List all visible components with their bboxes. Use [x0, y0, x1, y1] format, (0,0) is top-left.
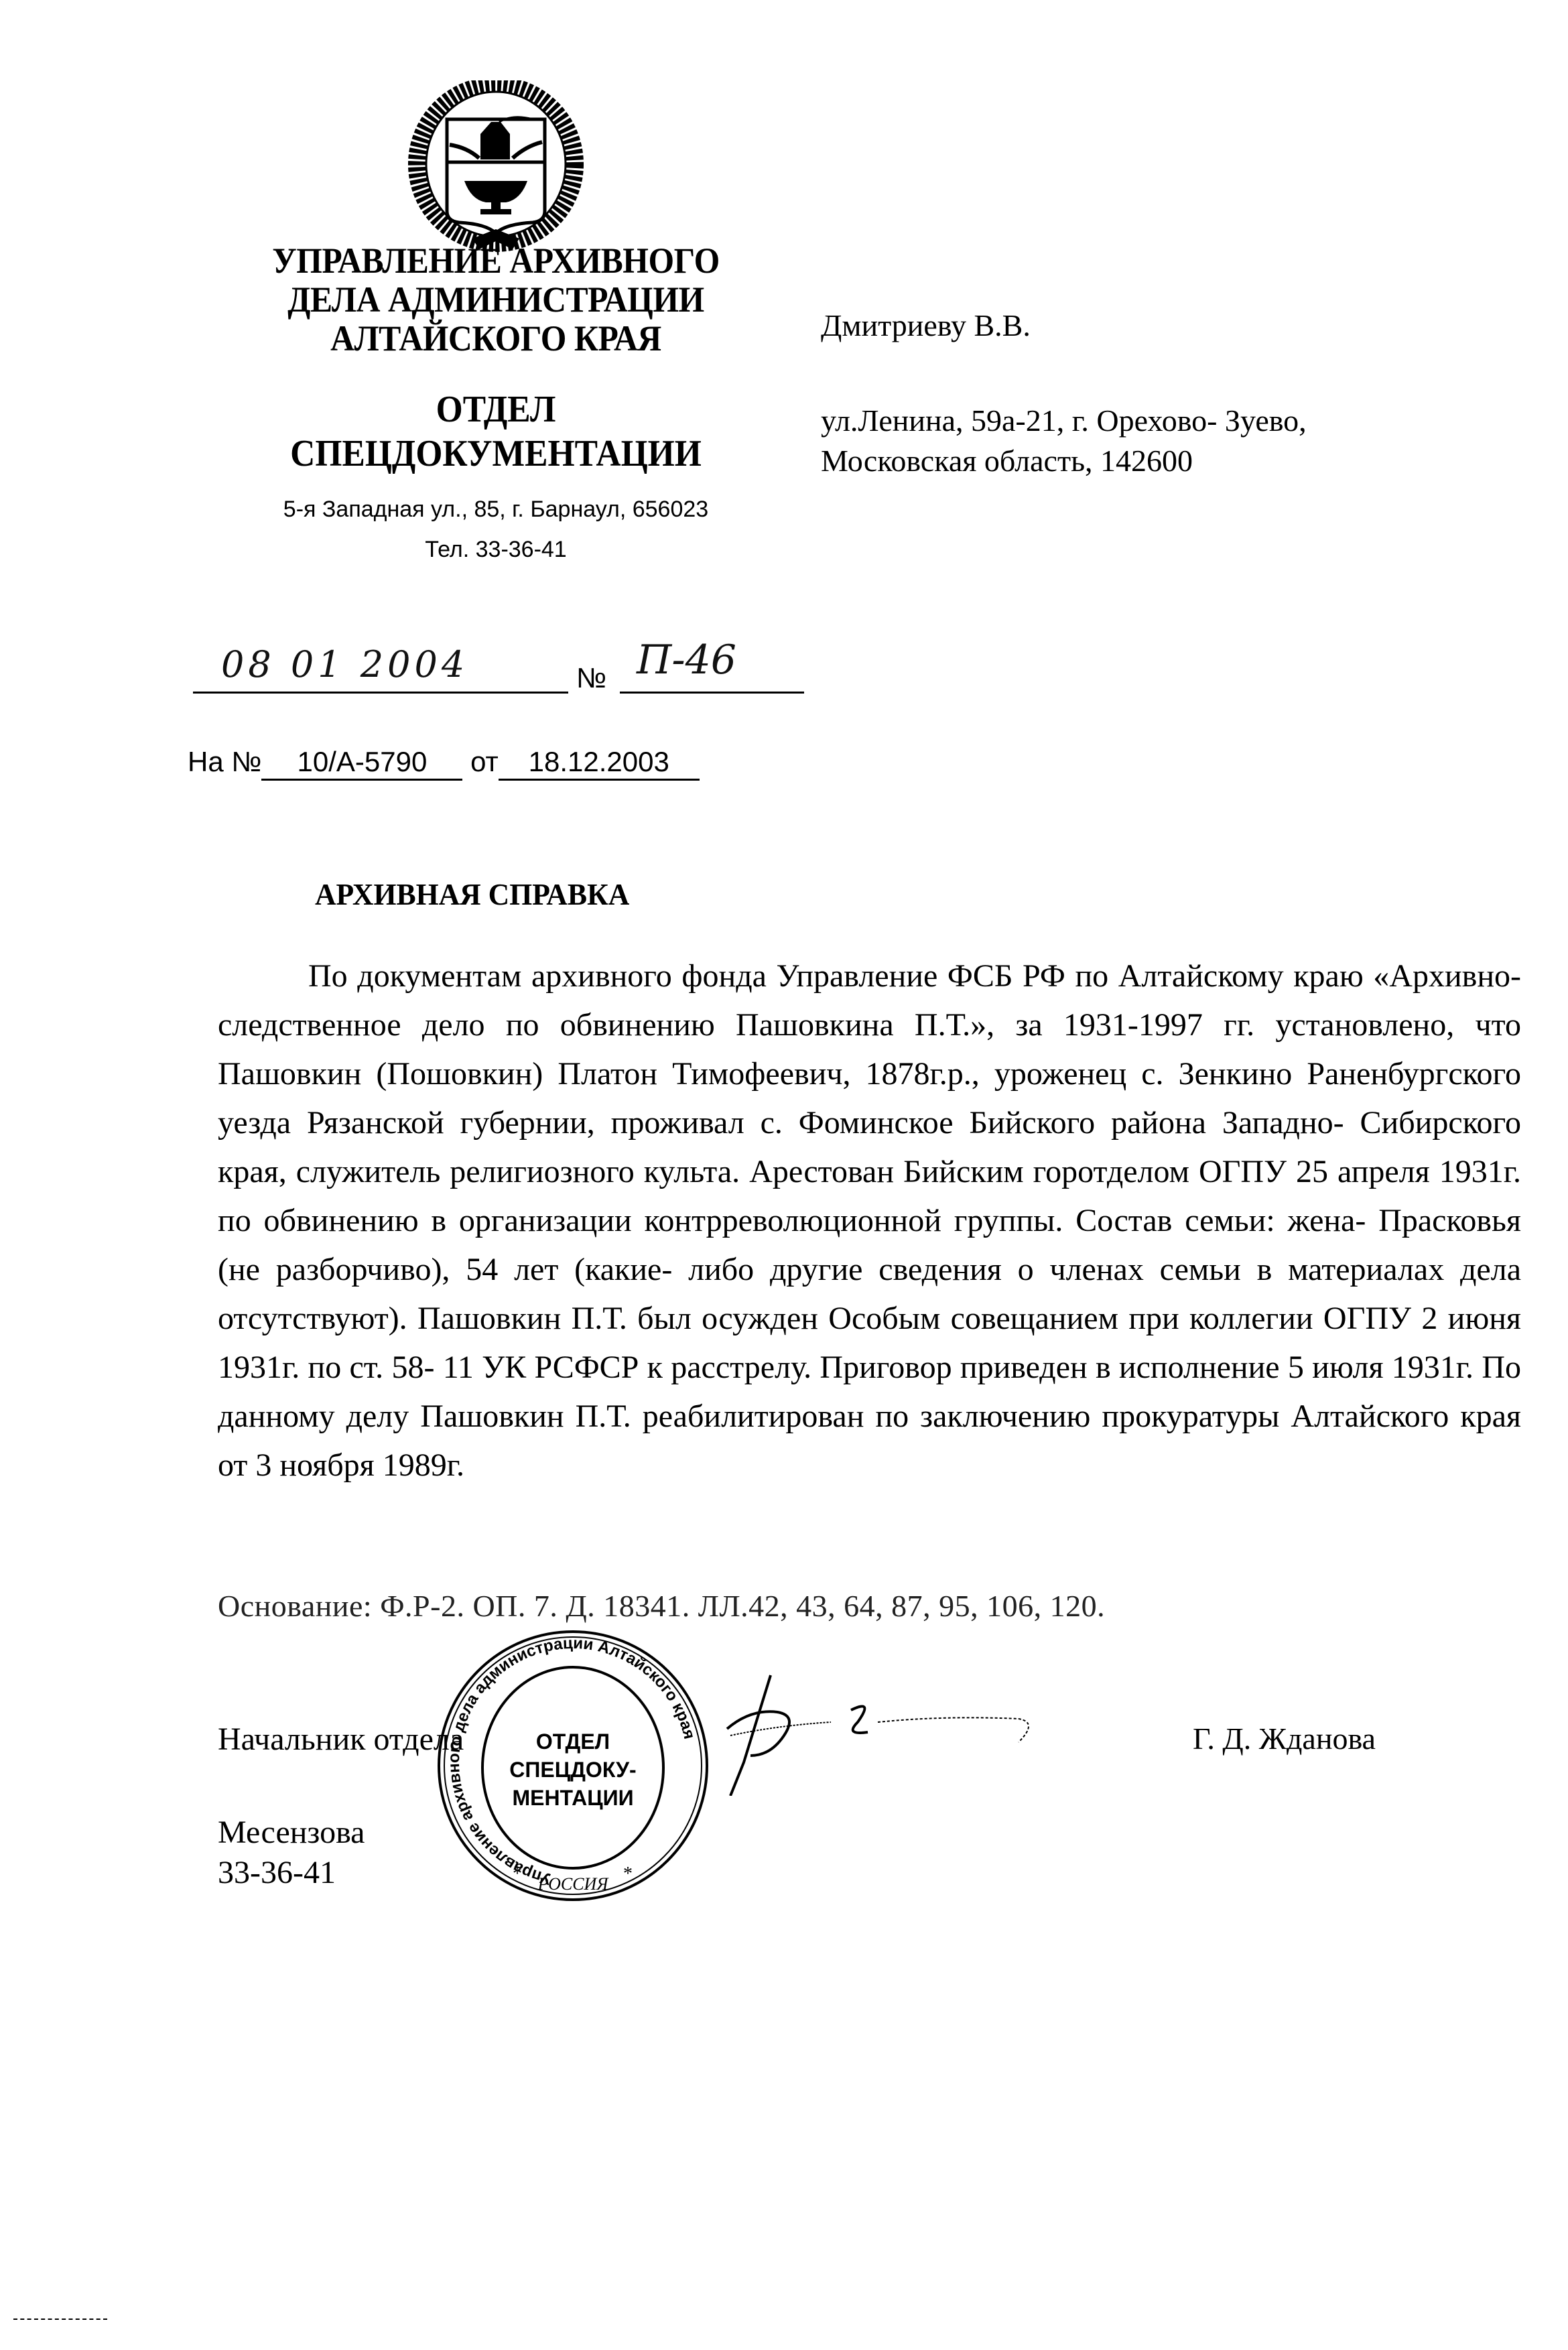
reply-number-value: 10/А-5790 [261, 745, 462, 781]
executor-name: Месензова [218, 1813, 365, 1853]
stamp-center-line-1: ОТДЕЛ [536, 1729, 610, 1754]
archival-basis: Основание: Ф.Р-2. ОП. 7. Д. 18341. ЛЛ.42… [218, 1588, 1105, 1624]
reply-number-label: На № [188, 746, 261, 777]
recipient-address-line-1: ул.Ленина, 59а-21, г. Орехово- Зуево, [821, 401, 1307, 441]
official-stamp-icon: Управление архивного дела администрации … [429, 1622, 717, 1916]
recipient-address: ул.Ленина, 59а-21, г. Орехово- Зуево, Мо… [821, 401, 1307, 481]
dept-line-1: ОТДЕЛ [224, 387, 767, 432]
executor: Месензова 33-36-41 [218, 1813, 365, 1893]
body-paragraph: По документам архивного фонда Управление… [218, 952, 1521, 1490]
svg-text:*: * [623, 1864, 633, 1884]
handwritten-signature-icon [724, 1662, 1099, 1796]
org-line-3: АЛТАЙСКОГО КРАЯ [224, 319, 767, 358]
svg-text:*: * [513, 1864, 522, 1884]
signer-position: Начальник отдела [218, 1721, 464, 1758]
stamp-center-line-2: СПЕЦДОКУ- [509, 1758, 636, 1782]
department-title: ОТДЕЛ СПЕЦДОКУМЕНТАЦИИ [224, 387, 767, 476]
outgoing-number-handwritten: П-46 [637, 637, 736, 683]
org-line-2: ДЕЛА АДМИНИСТРАЦИИ [224, 280, 767, 319]
recipient-address-line-2: Московская область, 142600 [821, 441, 1307, 481]
org-address: 5-я Западная ул., 85, г. Барнаул, 656023 [201, 496, 791, 523]
coat-of-arms-icon [405, 80, 586, 255]
org-line-1: УПРАВЛЕНИЕ АРХИВНОГО [224, 241, 767, 280]
reply-date-label: от [470, 746, 499, 777]
signer-name: Г. Д. Жданова [1193, 1721, 1376, 1756]
number-sign: № [576, 662, 606, 694]
dept-line-2: СПЕЦДОКУМЕНТАЦИИ [224, 432, 767, 476]
reply-reference: На №10/А-5790 от18.12.2003 [188, 745, 700, 781]
scan-artifact [13, 2319, 107, 2323]
document-title: АРХИВНАЯ СПРАВКА [315, 876, 629, 912]
reply-date-value: 18.12.2003 [499, 745, 700, 781]
recipient-name: Дмитриеву В.В. [821, 308, 1031, 343]
executor-phone: 33-36-41 [218, 1853, 365, 1893]
document-body: По документам архивного фонда Управление… [218, 952, 1521, 1490]
stamp-bottom-text: РОССИЯ [537, 1874, 610, 1894]
organization-title: УПРАВЛЕНИЕ АРХИВНОГО ДЕЛА АДМИНИСТРАЦИИ … [224, 241, 767, 358]
outgoing-date-handwritten: 08 01 2004 [221, 643, 468, 686]
org-phone: Тел. 33-36-41 [201, 536, 791, 563]
stamp-center-line-3: МЕНТАЦИИ [512, 1786, 633, 1810]
